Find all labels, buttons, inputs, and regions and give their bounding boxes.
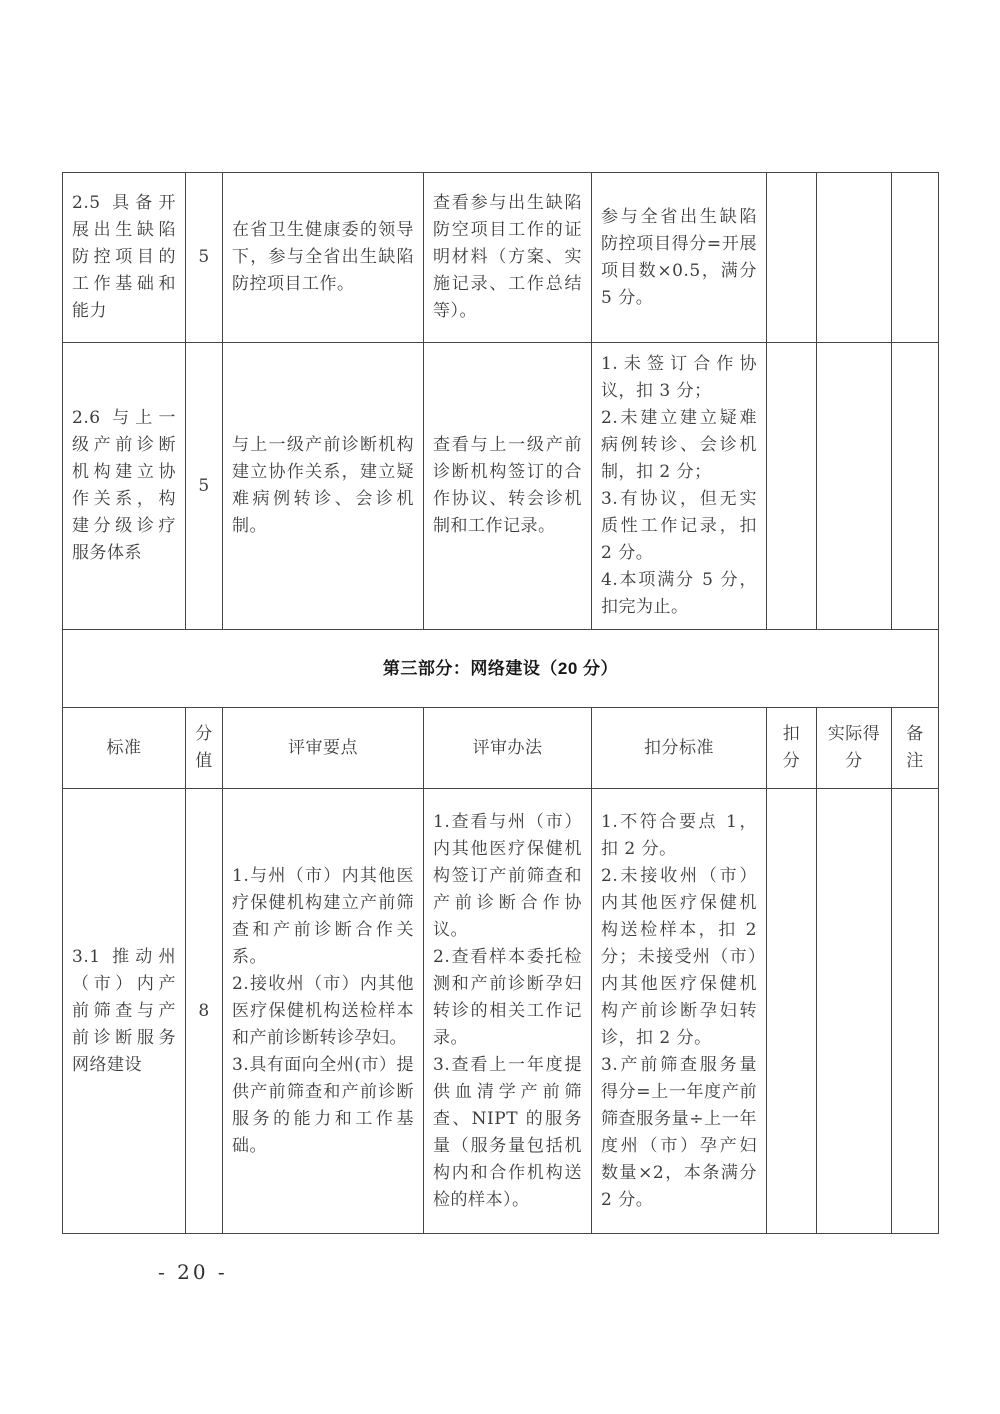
evaluation-table: 2.5 具备开展出生缺陷防控项目的工作基础和能力 5 在省卫生健康委的领导下，参… bbox=[62, 172, 939, 1234]
text-line: 3.有协议，但无实质性工作记录，扣 2 分。 bbox=[601, 486, 757, 567]
header-deduction-criteria: 扣分标准 bbox=[592, 708, 767, 789]
text-line: 3.1 推动州（市）内产前筛查与产前诊断服务网络建设 bbox=[72, 944, 176, 1079]
text-line: 查看参与出生缺陷防空项目工作的证明材料（方案、实施记录、工作总结等）。 bbox=[433, 190, 582, 325]
text-line: 1.查看与州（市）内其他医疗保健机构签订产前筛查和产前诊断合作协议。 bbox=[433, 809, 582, 944]
review-points-cell: 在省卫生健康委的领导下，参与全省出生缺陷防控项目工作。 bbox=[223, 173, 424, 343]
standard-cell: 3.1 推动州（市）内产前筛查与产前诊断服务网络建设 bbox=[63, 789, 186, 1234]
header-remark: 备注 bbox=[892, 708, 939, 789]
remark-cell bbox=[892, 789, 939, 1234]
text-line: 1.未签订合作协议，扣 3 分； bbox=[601, 351, 757, 405]
review-method-cell: 查看与上一级产前诊断机构签订的合作协议、转会诊机制和工作记录。 bbox=[424, 343, 592, 630]
document-page: 2.5 具备开展出生缺陷防控项目的工作基础和能力 5 在省卫生健康委的领导下，参… bbox=[0, 0, 1000, 1414]
text-line: 3.产前筛查服务量得分=上一年度产前筛查服务量÷上一年度州（市）孕产妇数量×2，… bbox=[601, 1052, 757, 1214]
header-score: 分值 bbox=[186, 708, 223, 789]
text-line: 2.未建立建立疑难病例转诊、会诊机制，扣 2 分； bbox=[601, 405, 757, 486]
review-points-cell: 1.与州（市）内其他医疗保健机构建立产前筛查和产前诊断合作关系。 2.接收州（市… bbox=[223, 789, 424, 1234]
score-cell: 5 bbox=[186, 343, 223, 630]
deduction-cell bbox=[767, 173, 817, 343]
text-line: 3.具有面向全州(市）提供产前筛查和产前诊断服务的能力和工作基础。 bbox=[232, 1052, 414, 1160]
column-header-row: 标准 分值 评审要点 评审办法 扣分标准 扣分 实际得分 备注 bbox=[63, 708, 939, 789]
text-line: 3.查看上一年度提供血清学产前筛查、NIPT 的服务量（服务量包括机构内和合作机… bbox=[433, 1052, 582, 1214]
text-line: 在省卫生健康委的领导下，参与全省出生缺陷防控项目工作。 bbox=[232, 217, 414, 298]
header-deduction: 扣分 bbox=[767, 708, 817, 789]
deduction-cell bbox=[767, 789, 817, 1234]
text-line: 1.不符合要点 1，扣 2 分。 bbox=[601, 809, 757, 863]
score-cell: 5 bbox=[186, 173, 223, 343]
table-row-3-1: 3.1 推动州（市）内产前筛查与产前诊断服务网络建设 8 1.与州（市）内其他医… bbox=[63, 789, 939, 1234]
text-line: 查看与上一级产前诊断机构签订的合作协议、转会诊机制和工作记录。 bbox=[433, 432, 582, 540]
review-method-cell: 查看参与出生缺陷防空项目工作的证明材料（方案、实施记录、工作总结等）。 bbox=[424, 173, 592, 343]
deduction-criteria-cell: 1.未签订合作协议，扣 3 分； 2.未建立建立疑难病例转诊、会诊机制，扣 2 … bbox=[592, 343, 767, 630]
header-review-points: 评审要点 bbox=[223, 708, 424, 789]
header-standard: 标准 bbox=[63, 708, 186, 789]
text-line: 2.接收州（市）内其他医疗保健机构送检样本和产前诊断转诊孕妇。 bbox=[232, 971, 414, 1052]
deduction-criteria-cell: 1.不符合要点 1，扣 2 分。 2.未接收州（市）内其他医疗保健机构送检样本，… bbox=[592, 789, 767, 1234]
standard-cell: 2.6 与上一级产前诊断机构建立协作关系，构建分级诊疗服务体系 bbox=[63, 343, 186, 630]
review-points-cell: 与上一级产前诊断机构建立协作关系，建立疑难病例转诊、会诊机制。 bbox=[223, 343, 424, 630]
section-header-row: 第三部分：网络建设（20 分） bbox=[63, 630, 939, 708]
text-line: 2.6 与上一级产前诊断机构建立协作关系，构建分级诊疗服务体系 bbox=[72, 405, 176, 567]
review-method-cell: 1.查看与州（市）内其他医疗保健机构签订产前筛查和产前诊断合作协议。 2.查看样… bbox=[424, 789, 592, 1234]
text-line: 4.本项满分 5 分，扣完为止。 bbox=[601, 567, 757, 621]
table-row-2-6: 2.6 与上一级产前诊断机构建立协作关系，构建分级诊疗服务体系 5 与上一级产前… bbox=[63, 343, 939, 630]
table-row-2-5: 2.5 具备开展出生缺陷防控项目的工作基础和能力 5 在省卫生健康委的领导下，参… bbox=[63, 173, 939, 343]
text-line: 与上一级产前诊断机构建立协作关系，建立疑难病例转诊、会诊机制。 bbox=[232, 432, 414, 540]
text-line: 2.查看样本委托检测和产前诊断孕妇转诊的相关工作记录。 bbox=[433, 944, 582, 1052]
remark-cell bbox=[892, 343, 939, 630]
text-line: 参与全省出生缺陷防控项目得分=开展项目数×0.5，满分 5 分。 bbox=[601, 204, 757, 312]
section-title: 第三部分：网络建设（20 分） bbox=[63, 630, 939, 708]
remark-cell bbox=[892, 173, 939, 343]
page-number: - 20 - bbox=[158, 1260, 228, 1284]
header-actual-score: 实际得分 bbox=[817, 708, 892, 789]
header-review-method: 评审办法 bbox=[424, 708, 592, 789]
text-line: 1.与州（市）内其他医疗保健机构建立产前筛查和产前诊断合作关系。 bbox=[232, 863, 414, 971]
text-line: 2.未接收州（市）内其他医疗保健机构送检样本，扣 2 分；未接受州（市）内其他医… bbox=[601, 863, 757, 1052]
actual-score-cell bbox=[817, 789, 892, 1234]
score-cell: 8 bbox=[186, 789, 223, 1234]
text-line: 2.5 具备开展出生缺陷防控项目的工作基础和能力 bbox=[72, 190, 176, 325]
standard-cell: 2.5 具备开展出生缺陷防控项目的工作基础和能力 bbox=[63, 173, 186, 343]
deduction-criteria-cell: 参与全省出生缺陷防控项目得分=开展项目数×0.5，满分 5 分。 bbox=[592, 173, 767, 343]
actual-score-cell bbox=[817, 173, 892, 343]
deduction-cell bbox=[767, 343, 817, 630]
actual-score-cell bbox=[817, 343, 892, 630]
